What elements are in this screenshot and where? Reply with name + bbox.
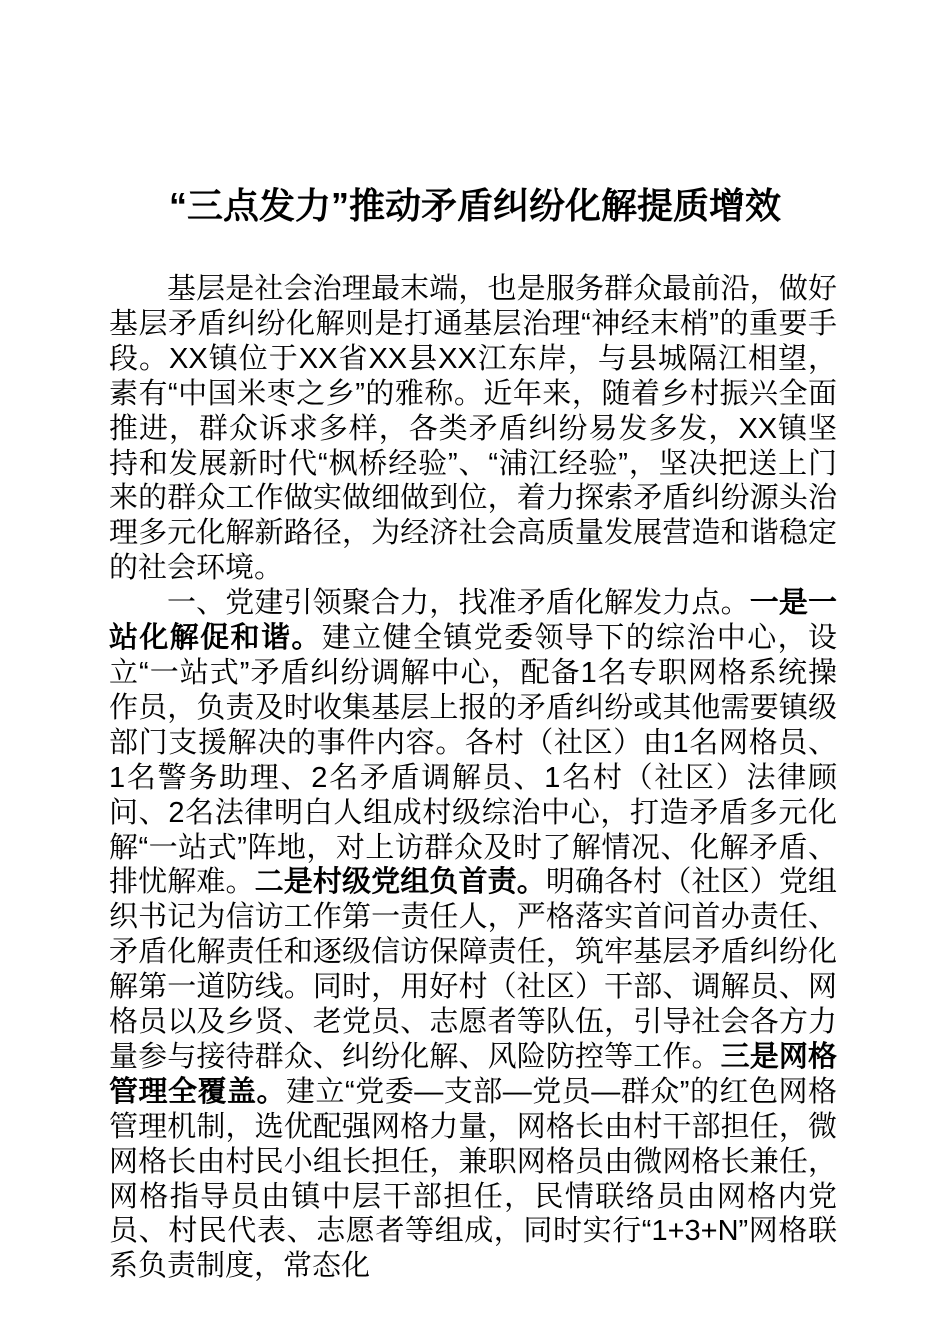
- paragraph: 基层是社会治理最末端，也是服务群众最前沿，做好基层矛盾纠纷化解则是打通基层治理“…: [109, 272, 837, 586]
- paragraph: 一、党建引领聚合力，找准矛盾化解发力点。一是一站化解促和谐。建立健全镇党委领导下…: [109, 586, 837, 1284]
- document-body: 基层是社会治理最末端，也是服务群众最前沿，做好基层矛盾纠纷化解则是打通基层治理“…: [109, 272, 837, 1284]
- text-run: 一、党建引领聚合力，找准矛盾化解发力点。: [167, 587, 750, 619]
- text-run: 建立健全镇党委领导下的综治中心，设立“一站式”矛盾纠纷调解中心，配备1名专职网格…: [109, 622, 837, 898]
- bold-text-run: 二是村级党组负首责。: [255, 866, 546, 898]
- document-page: “三点发力”推动矛盾纠纷化解提质增效 基层是社会治理最末端，也是服务群众最前沿，…: [0, 0, 950, 1344]
- document-title: “三点发力”推动矛盾纠纷化解提质增效: [0, 182, 950, 230]
- text-run: 基层是社会治理最末端，也是服务群众最前沿，做好基层矛盾纠纷化解则是打通基层治理“…: [109, 273, 837, 584]
